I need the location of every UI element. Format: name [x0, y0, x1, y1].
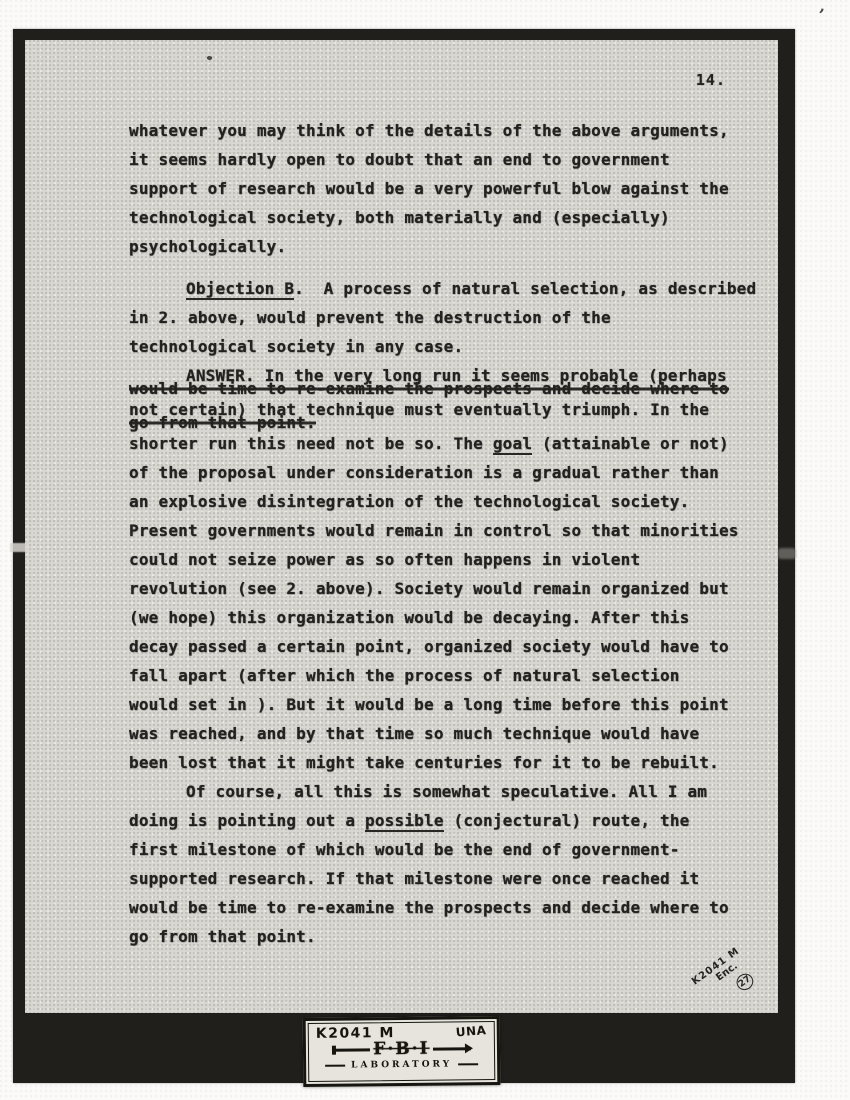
text-segment: it seems hardly open to doubt that an en… [129, 150, 670, 169]
text-segment: decay passed a certain point, organized … [129, 637, 729, 656]
stamp-dash-left [325, 1064, 345, 1067]
text-segment: technological society, both materially a… [129, 208, 670, 227]
text-line: psychologically. [129, 232, 749, 261]
text-line: was reached, and by that time so much te… [129, 719, 749, 748]
struck-text-line: would be time to re-examine the prospect… [129, 382, 729, 395]
typed-text: whatever you may think of the details of… [129, 116, 749, 951]
fold-mark-left [10, 543, 28, 552]
text-segment: go from that point. [129, 927, 316, 946]
paragraph: whatever you may think of the details of… [129, 116, 749, 261]
text-line: supported research. If that milestone we… [129, 864, 749, 893]
text-segment: . A process of natural selection, as des… [294, 279, 756, 298]
ink-speck [206, 55, 212, 60]
text-line: would set in ). But it would be a long t… [129, 690, 749, 719]
text-line: support of research would be a very powe… [129, 174, 749, 203]
fbi-lab-stamp: K2041 M UNA F·B·I LABORATORY [303, 1016, 501, 1087]
text-line: it seems hardly open to doubt that an en… [129, 145, 749, 174]
text-segment: was reached, and by that time so much te… [129, 724, 699, 743]
text-segment: (attainable or not) [532, 434, 729, 453]
text-segment: Of course, all this is somewhat speculat… [186, 782, 707, 801]
scanned-document-page: ’ 14. whatever you may think of the deta… [0, 0, 850, 1100]
text-segment: supported research. If that milestone we… [129, 869, 699, 888]
paragraph: Of course, all this is somewhat speculat… [129, 777, 749, 951]
text-line: go from that point. [129, 922, 749, 951]
stamp-handwritten-case: UNA [456, 1023, 488, 1039]
text-line: would be time to re-examine the prospect… [129, 893, 749, 922]
text-line: first milestone of which would be the en… [129, 835, 749, 864]
text-line: could not seize power as so often happen… [129, 545, 749, 574]
text-segment: shorter run this need not be so. The [129, 434, 493, 453]
paper: 14. whatever you may think of the detail… [25, 40, 778, 1013]
corner-tick-mark: ’ [817, 6, 826, 27]
stamp-laboratory-label: LABORATORY [351, 1059, 452, 1070]
paragraph: Objection B. A process of natural select… [129, 274, 749, 361]
text-line: been lost that it might take centuries f… [129, 748, 749, 777]
text-segment: could not seize power as so often happen… [129, 550, 640, 569]
fold-mark-right [778, 548, 796, 559]
text-line: Objection B. A process of natural select… [129, 274, 749, 303]
text-segment: been lost that it might take centuries f… [129, 753, 719, 772]
text-line: whatever you may think of the details of… [129, 116, 749, 145]
text-line: (we hope) this organization would be dec… [129, 603, 749, 632]
text-line: Of course, all this is somewhat speculat… [129, 777, 749, 806]
text-line: shorter run this need not be so. The goa… [129, 429, 749, 458]
stamp-dash-right [458, 1063, 478, 1066]
text-segment: of the proposal under consideration is a… [129, 463, 719, 482]
text-segment: fall apart (after which the process of n… [129, 666, 680, 685]
text-segment: psychologically. [129, 237, 286, 256]
arrow-tail-icon [332, 1048, 370, 1051]
text-line: doing is pointing out a possible (conjec… [129, 806, 749, 835]
text-segment: would set in ). But it would be a long t… [129, 695, 729, 714]
text-line: fall apart (after which the process of n… [129, 661, 749, 690]
text-segment: technological society in any case. [129, 337, 463, 356]
underlined-text: possible [365, 811, 444, 832]
underlined-text: Objection B [186, 279, 294, 300]
text-line: Present governments would remain in cont… [129, 516, 749, 545]
scan-border-frame: 14. whatever you may think of the detail… [13, 29, 795, 1083]
text-segment: revolution (see 2. above). Society would… [129, 579, 729, 598]
text-line: technological society, both materially a… [129, 203, 749, 232]
text-segment: whatever you may think of the details of… [129, 121, 729, 140]
arrow-head-icon [433, 1047, 471, 1050]
page-number: 14. [696, 71, 726, 89]
text-segment: first milestone of which would be the en… [129, 840, 680, 859]
text-line: in 2. above, would prevent the destructi… [129, 303, 749, 332]
text-line: decay passed a certain point, organized … [129, 632, 749, 661]
struck-text-line: go from that point. [129, 416, 316, 429]
text-segment: Present governments would remain in cont… [129, 521, 739, 540]
text-line: an explosive disintegration of the techn… [129, 487, 749, 516]
text-segment: doing is pointing out a [129, 811, 365, 830]
underlined-text: goal [493, 434, 532, 455]
text-segment: support of research would be a very powe… [129, 179, 729, 198]
stamp-inner-border: K2041 M UNA F·B·I LABORATORY [308, 1021, 496, 1082]
text-line: revolution (see 2. above). Society would… [129, 574, 749, 603]
text-segment: would be time to re-examine the prospect… [129, 898, 729, 917]
text-segment: (we hope) this organization would be dec… [129, 608, 689, 627]
text-line: technological society in any case. [129, 332, 749, 361]
text-segment: in 2. above, would prevent the destructi… [129, 308, 611, 327]
text-line: of the proposal under consideration is a… [129, 458, 749, 487]
text-segment: (conjectural) route, the [444, 811, 690, 830]
fbi-wordmark: F·B·I [370, 1039, 432, 1060]
text-segment: an explosive disintegration of the techn… [129, 492, 689, 511]
paragraph: ANSWER. In the very long run it seems pr… [129, 361, 749, 777]
